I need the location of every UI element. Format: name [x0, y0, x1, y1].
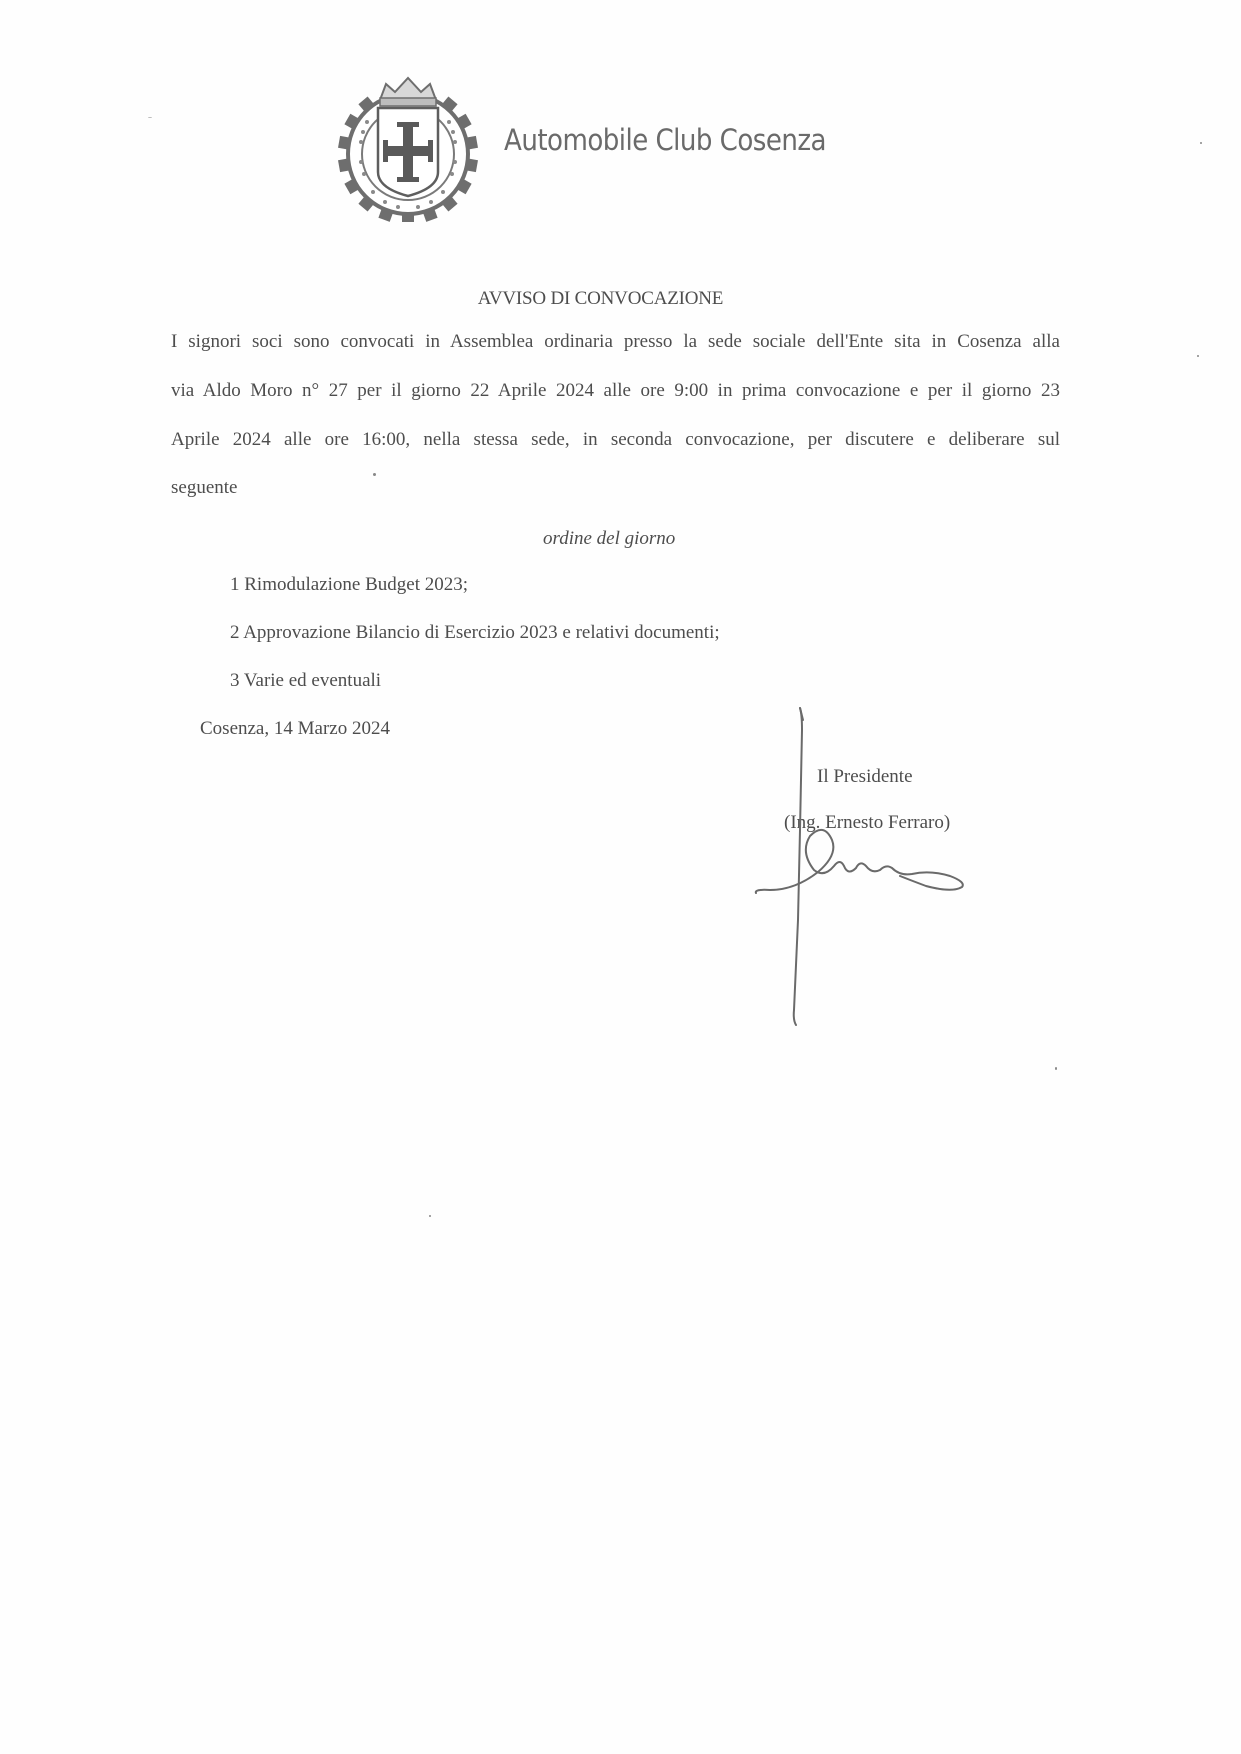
place-date: Cosenza, 14 Marzo 2024 — [200, 718, 390, 740]
agenda-heading: ordine del giorno — [543, 528, 675, 550]
agenda-item: 1 Rimodulazione Budget 2023; — [230, 574, 468, 596]
notice-title: AVVISO DI CONVOCAZIONE — [0, 288, 1241, 310]
scan-speck — [1197, 355, 1199, 357]
automobile-club-emblem-icon — [333, 62, 483, 222]
body-line: Aprile 2024 alle ore 16:00, nella stessa… — [171, 430, 1060, 450]
scan-speck — [373, 473, 376, 476]
scan-speck — [148, 117, 152, 118]
handwritten-signature-icon — [740, 690, 1000, 1030]
organization-name: Automobile Club Cosenza — [504, 123, 826, 157]
document-page: Automobile Club Cosenza AVVISO DI CONVOC… — [0, 0, 1241, 1754]
scan-speck — [1200, 142, 1202, 144]
scan-speck — [429, 1215, 431, 1217]
body-line: via Aldo Moro n° 27 per il giorno 22 Apr… — [171, 381, 1060, 401]
agenda-item: 2 Approvazione Bilancio di Esercizio 202… — [230, 622, 720, 644]
body-line: seguente — [171, 478, 237, 498]
agenda-item: 3 Varie ed eventuali — [230, 670, 381, 692]
scan-speck — [1055, 1067, 1057, 1070]
body-line: I signori soci sono convocati in Assembl… — [171, 332, 1060, 352]
